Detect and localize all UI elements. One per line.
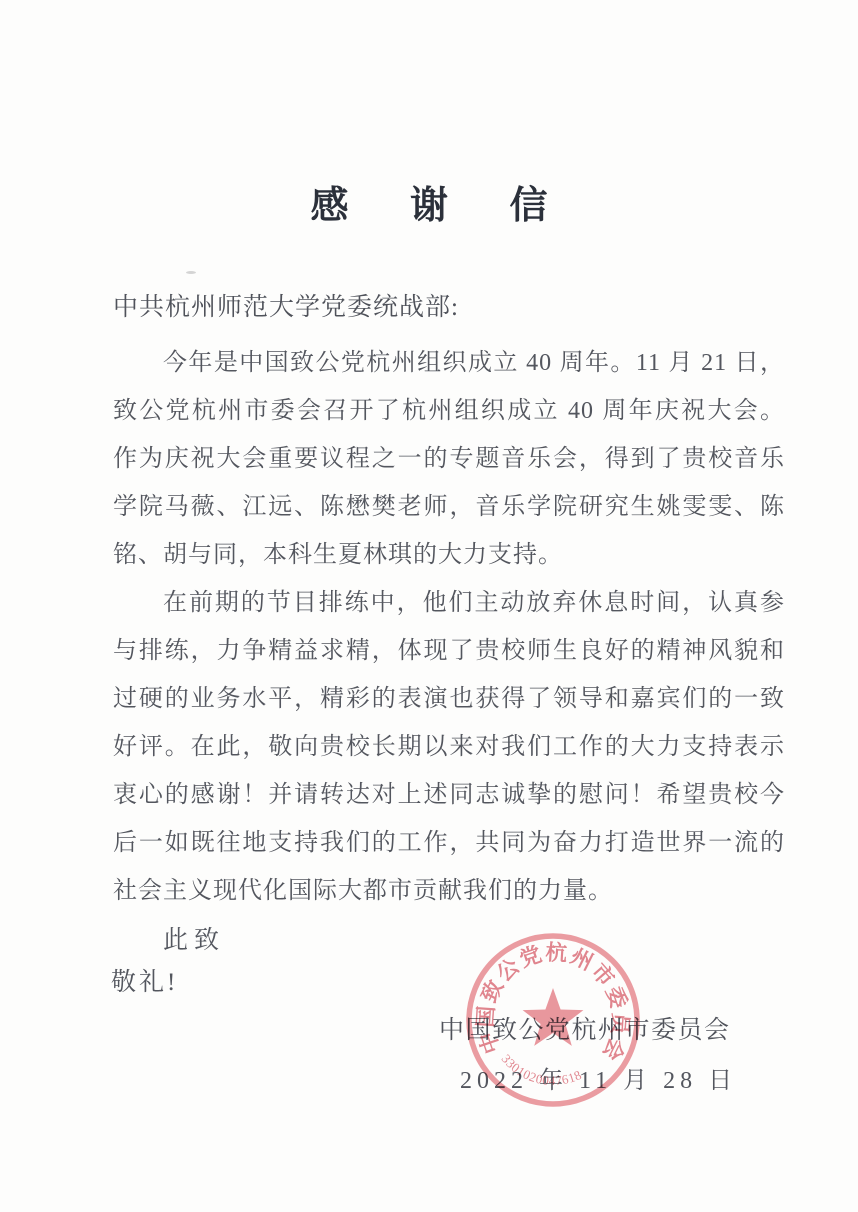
letter-page: 感 谢 信 中共杭州师范大学党委统战部: 今年是中国致公党杭州组织成立 40 周… — [0, 0, 858, 1212]
closing-cizhi: 此致 — [163, 920, 225, 956]
body-line: 与排练，力争精益求精，体现了贵校师生良好的精神风貌和 — [113, 630, 785, 678]
body-line: 致公党杭州市委会召开了杭州组织成立 40 周年庆祝大会。 — [113, 390, 785, 438]
body-line: 在前期的节目排练中，他们主动放弃休息时间，认真参 — [113, 582, 785, 630]
scan-artifact-mark — [186, 271, 196, 274]
body-line: 铭、胡与同，本科生夏林琪的大力支持。 — [113, 534, 785, 582]
body-line: 作为庆祝大会重要议程之一的专题音乐会，得到了贵校音乐 — [113, 438, 785, 486]
body-line: 学院马薇、江远、陈懋樊老师，音乐学院研究生姚雯雯、陈 — [113, 486, 785, 534]
letter-salutation: 中共杭州师范大学党委统战部: — [113, 287, 459, 323]
letter-body: 今年是中国致公党杭州组织成立 40 周年。11 月 21 日， 致公党杭州市委会… — [113, 342, 785, 918]
letter-date: 2022 年 11 月 28 日 — [460, 1060, 737, 1095]
body-line: 好评。在此，敬向贵校长期以来对我们工作的大力支持表示 — [113, 726, 785, 774]
signature-org-name: 中国致公党杭州市委员会 — [439, 1010, 731, 1046]
seal-ring-text: 中国致公党杭州市委员会 — [473, 939, 632, 1066]
body-line: 社会主义现代化国际大都市贡献我们的力量。 — [113, 870, 785, 918]
body-line: 后一如既往地支持我们的工作，共同为奋力打造世界一流的 — [113, 822, 785, 870]
closing-jingli: 敬礼! — [111, 962, 178, 998]
body-line: 过硬的业务水平，精彩的表演也获得了领导和嘉宾们的一致 — [113, 678, 785, 726]
body-line: 今年是中国致公党杭州组织成立 40 周年。11 月 21 日， — [113, 342, 785, 390]
body-line: 衷心的感谢！并请转达对上述同志诚挚的慰问！希望贵校今 — [113, 774, 785, 822]
letter-title: 感 谢 信 — [0, 174, 858, 229]
svg-text:中国致公党杭州市委员会: 中国致公党杭州市委员会 — [473, 939, 632, 1066]
